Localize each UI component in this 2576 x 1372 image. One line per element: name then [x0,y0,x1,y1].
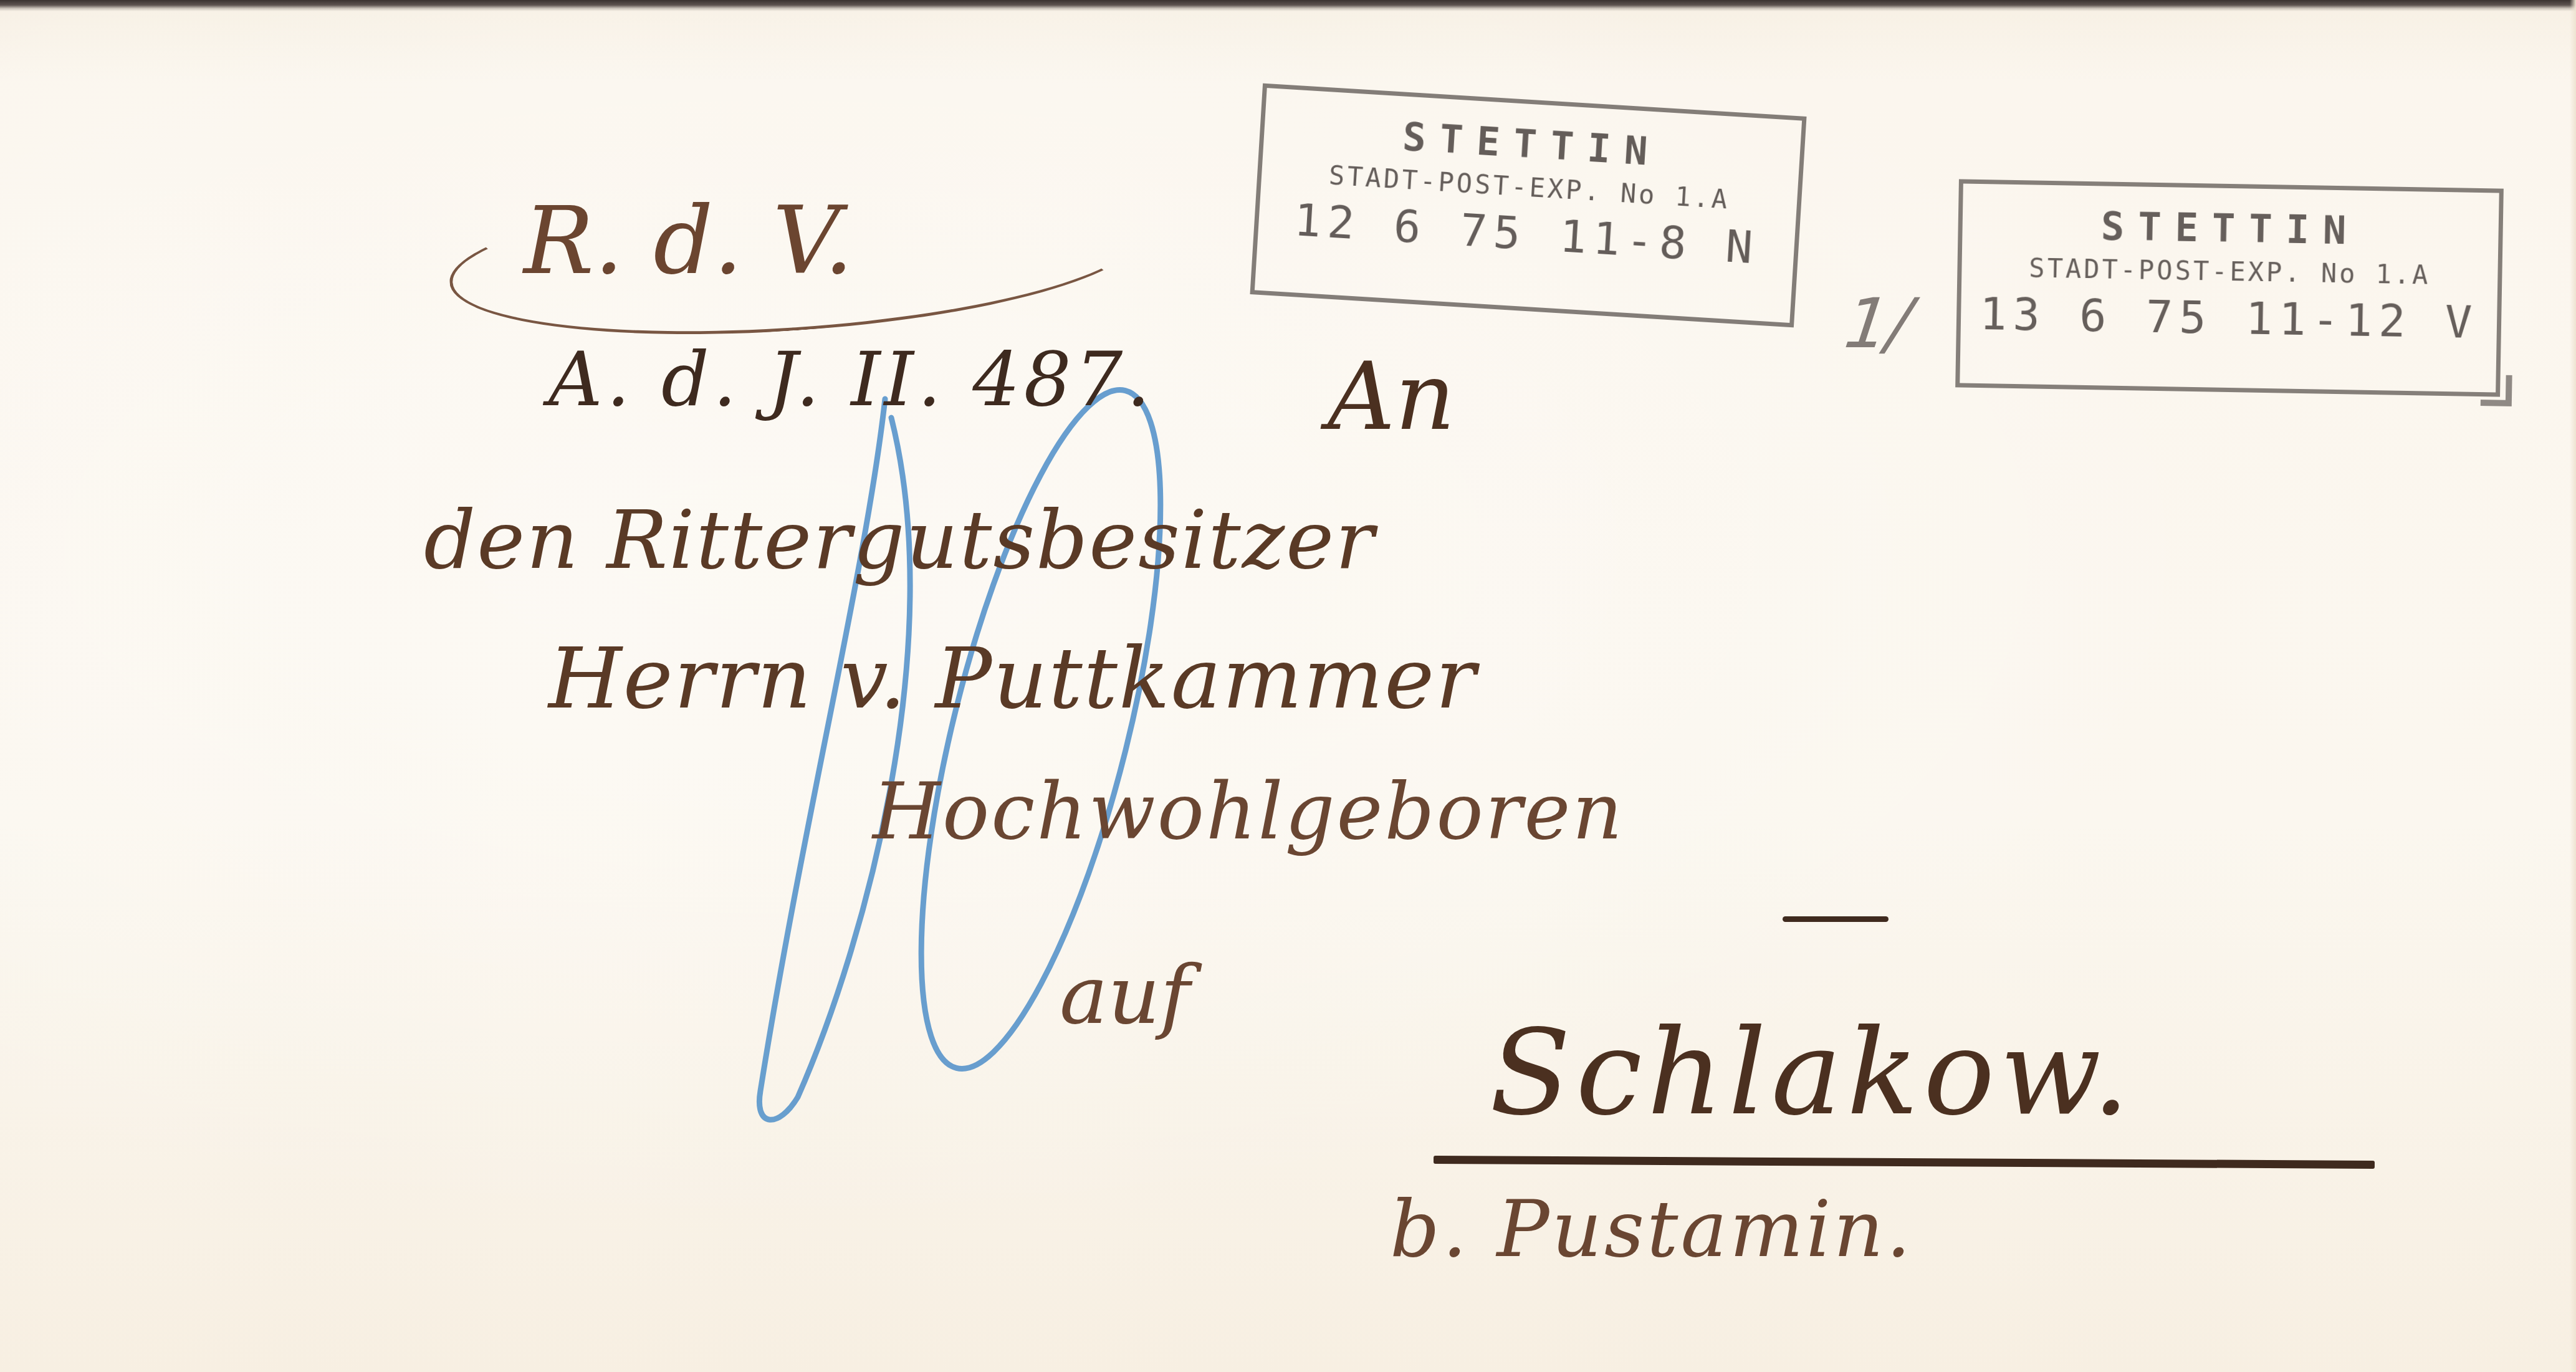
postmark-corner-smudge [2481,375,2512,406]
postmark-office: STADT-POST-EXP. No 1.A [1961,252,2498,292]
address-recipient-name: Herrn v. Puttkammer [548,630,1477,727]
address-recipient-title: den Rittergutsbesitzer [424,492,1375,587]
address-salutation: An [1328,343,1455,451]
separator-dash [1783,916,1889,922]
address-location: Schlakow. [1490,1004,2135,1141]
annotation-text: R. d. V. [524,187,853,295]
postmark-city: STETTIN [1962,201,2499,256]
scan-right-edge [2570,0,2576,1372]
scan-top-edge [0,0,2576,11]
address-post-office: b. Pustamin. [1390,1184,1913,1275]
postmark-stettin-1: STETTIN STADT-POST-EXP. No 1.A 12 6 75 1… [1250,84,1806,328]
reference-number: A. d. J. II. 487. [548,337,1154,423]
postmark-stettin-2: STETTIN STADT-POST-EXP. No 1.A 13 6 75 1… [1955,179,2504,396]
address-location-prefix: auf [1060,947,1190,1042]
address-honorific: Hochwohlgeboren [873,767,1624,857]
postmark-date: 13 6 75 11-12 V [1960,287,2497,348]
